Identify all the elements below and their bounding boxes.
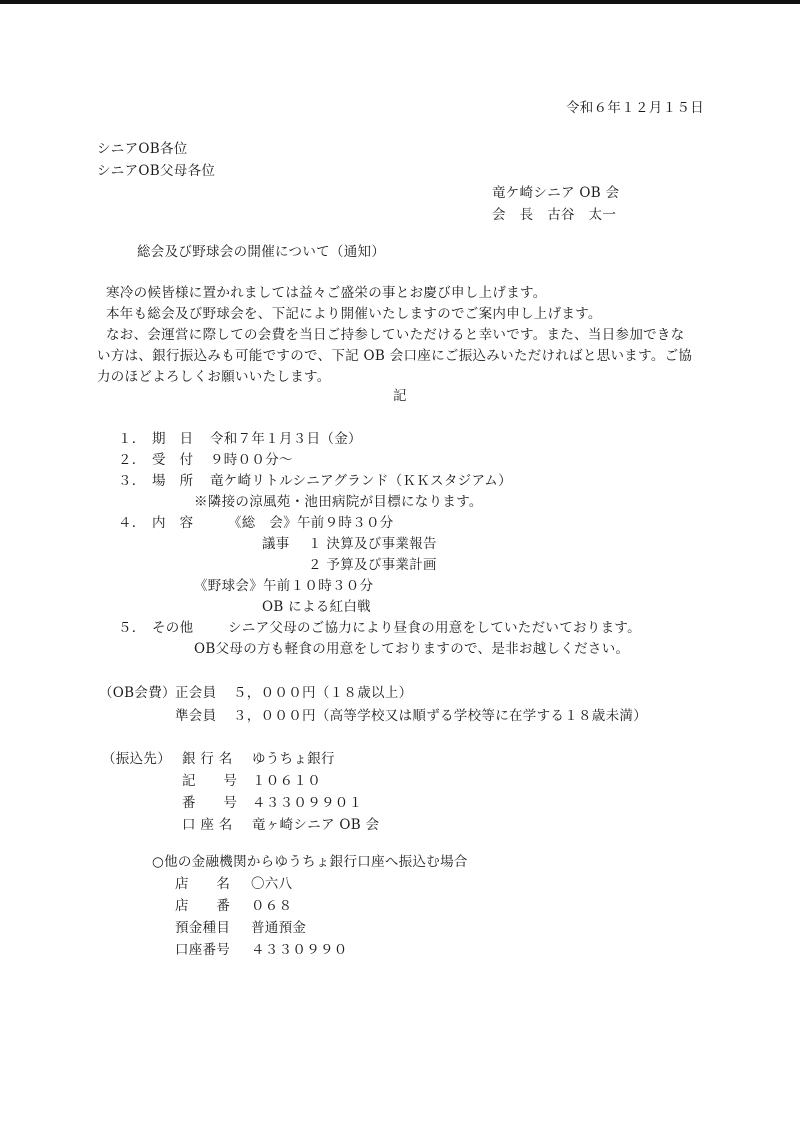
item-other: ５．その他シニア父母のご協力により昼食の用意をしていただいております。 <box>118 619 641 637</box>
item-other-line2: OB父母の方も軽食の用意をしておりますので、是非お越しください。 <box>194 640 629 658</box>
sender-organization: 竜ケ崎シニア OB 会 <box>492 184 619 202</box>
item-place: ３．場 所竜ケ崎リトルシニアグランド（ＫＫスタジアム） <box>118 472 512 490</box>
ki-heading: 記 <box>393 387 407 405</box>
sender-title: 会 長 <box>492 206 533 224</box>
transfer-row: 銀 行 名ゆうちょ銀行 <box>182 750 335 768</box>
item-reception: ２．受 付９時００分～ <box>118 451 293 469</box>
addressee-1: シニアOB各位 <box>97 140 188 158</box>
item-date: １．期 日令和７年１月３日（金） <box>118 430 362 448</box>
other-bank-row: 口座番号４３３０９９０ <box>175 941 348 959</box>
sender-president: 会 長 古谷 太一 <box>492 206 616 224</box>
top-border <box>0 0 800 4</box>
transfer-row: 記 号１０６１０ <box>182 772 321 790</box>
fees-row-associate: 準会員３，０００円（高等学校又は順ずる学校等に在学する１８歳未満） <box>175 707 647 725</box>
sender-name: 古谷 太一 <box>547 206 616 224</box>
body-line-3: なお、会運営に際しての会費を当日ご持参していただけると幸いです。また、当日参加で… <box>106 326 685 344</box>
agenda-2: ２ 予算及び事業計画 <box>308 556 437 574</box>
other-bank-row: 店 名〇六八 <box>175 875 292 893</box>
fees-label: （OB会費） <box>99 684 175 702</box>
item-place-note: ※隣接の涼風苑・池田病院が目標になります。 <box>194 493 483 511</box>
baseball-time: 《野球会》午前１０時３０分 <box>194 577 373 595</box>
body-line-4: い方は、銀行振込みも可能ですので、下記 OB 会口座にご振込みいただければと思い… <box>97 347 692 365</box>
addressee-2: シニアOB父母各位 <box>97 162 215 180</box>
other-bank-row: 預金種目普通預金 <box>175 919 306 937</box>
body-line-1: 寒冷の候皆様に置かれましては益々ご盛栄の事とお慶び申し上げます。 <box>106 284 547 302</box>
transfer-row: 口 座 名竜ヶ崎シニア OB 会 <box>182 816 379 834</box>
baseball-detail: OB による紅白戦 <box>262 598 371 616</box>
transfer-label: （振込先） <box>102 750 171 768</box>
other-bank-heading: ○他の金融機関からゆうちょ銀行口座へ振込む場合 <box>152 853 468 871</box>
body-line-5: 力のほどよろしくお願いいたします。 <box>97 368 331 386</box>
agenda-1: 議事１ 決算及び事業報告 <box>262 535 437 553</box>
fees-row-regular: （OB会費）正会員５，０００円（１８歳以上） <box>99 684 412 702</box>
body-line-2: 本年も総会及び野球会を、下記により開催いたしますのでご案内申し上げます。 <box>106 305 602 323</box>
item-content: ４．内 容《総 会》午前９時３０分 <box>118 514 394 532</box>
transfer-row: 番 号４３３０９９０１ <box>182 794 362 812</box>
document-subject: 総会及び野球会の開催について（通知） <box>137 243 385 261</box>
other-bank-row: 店 番０６８ <box>175 897 292 915</box>
document-date: 令和６年１２月１５日 <box>566 99 704 117</box>
